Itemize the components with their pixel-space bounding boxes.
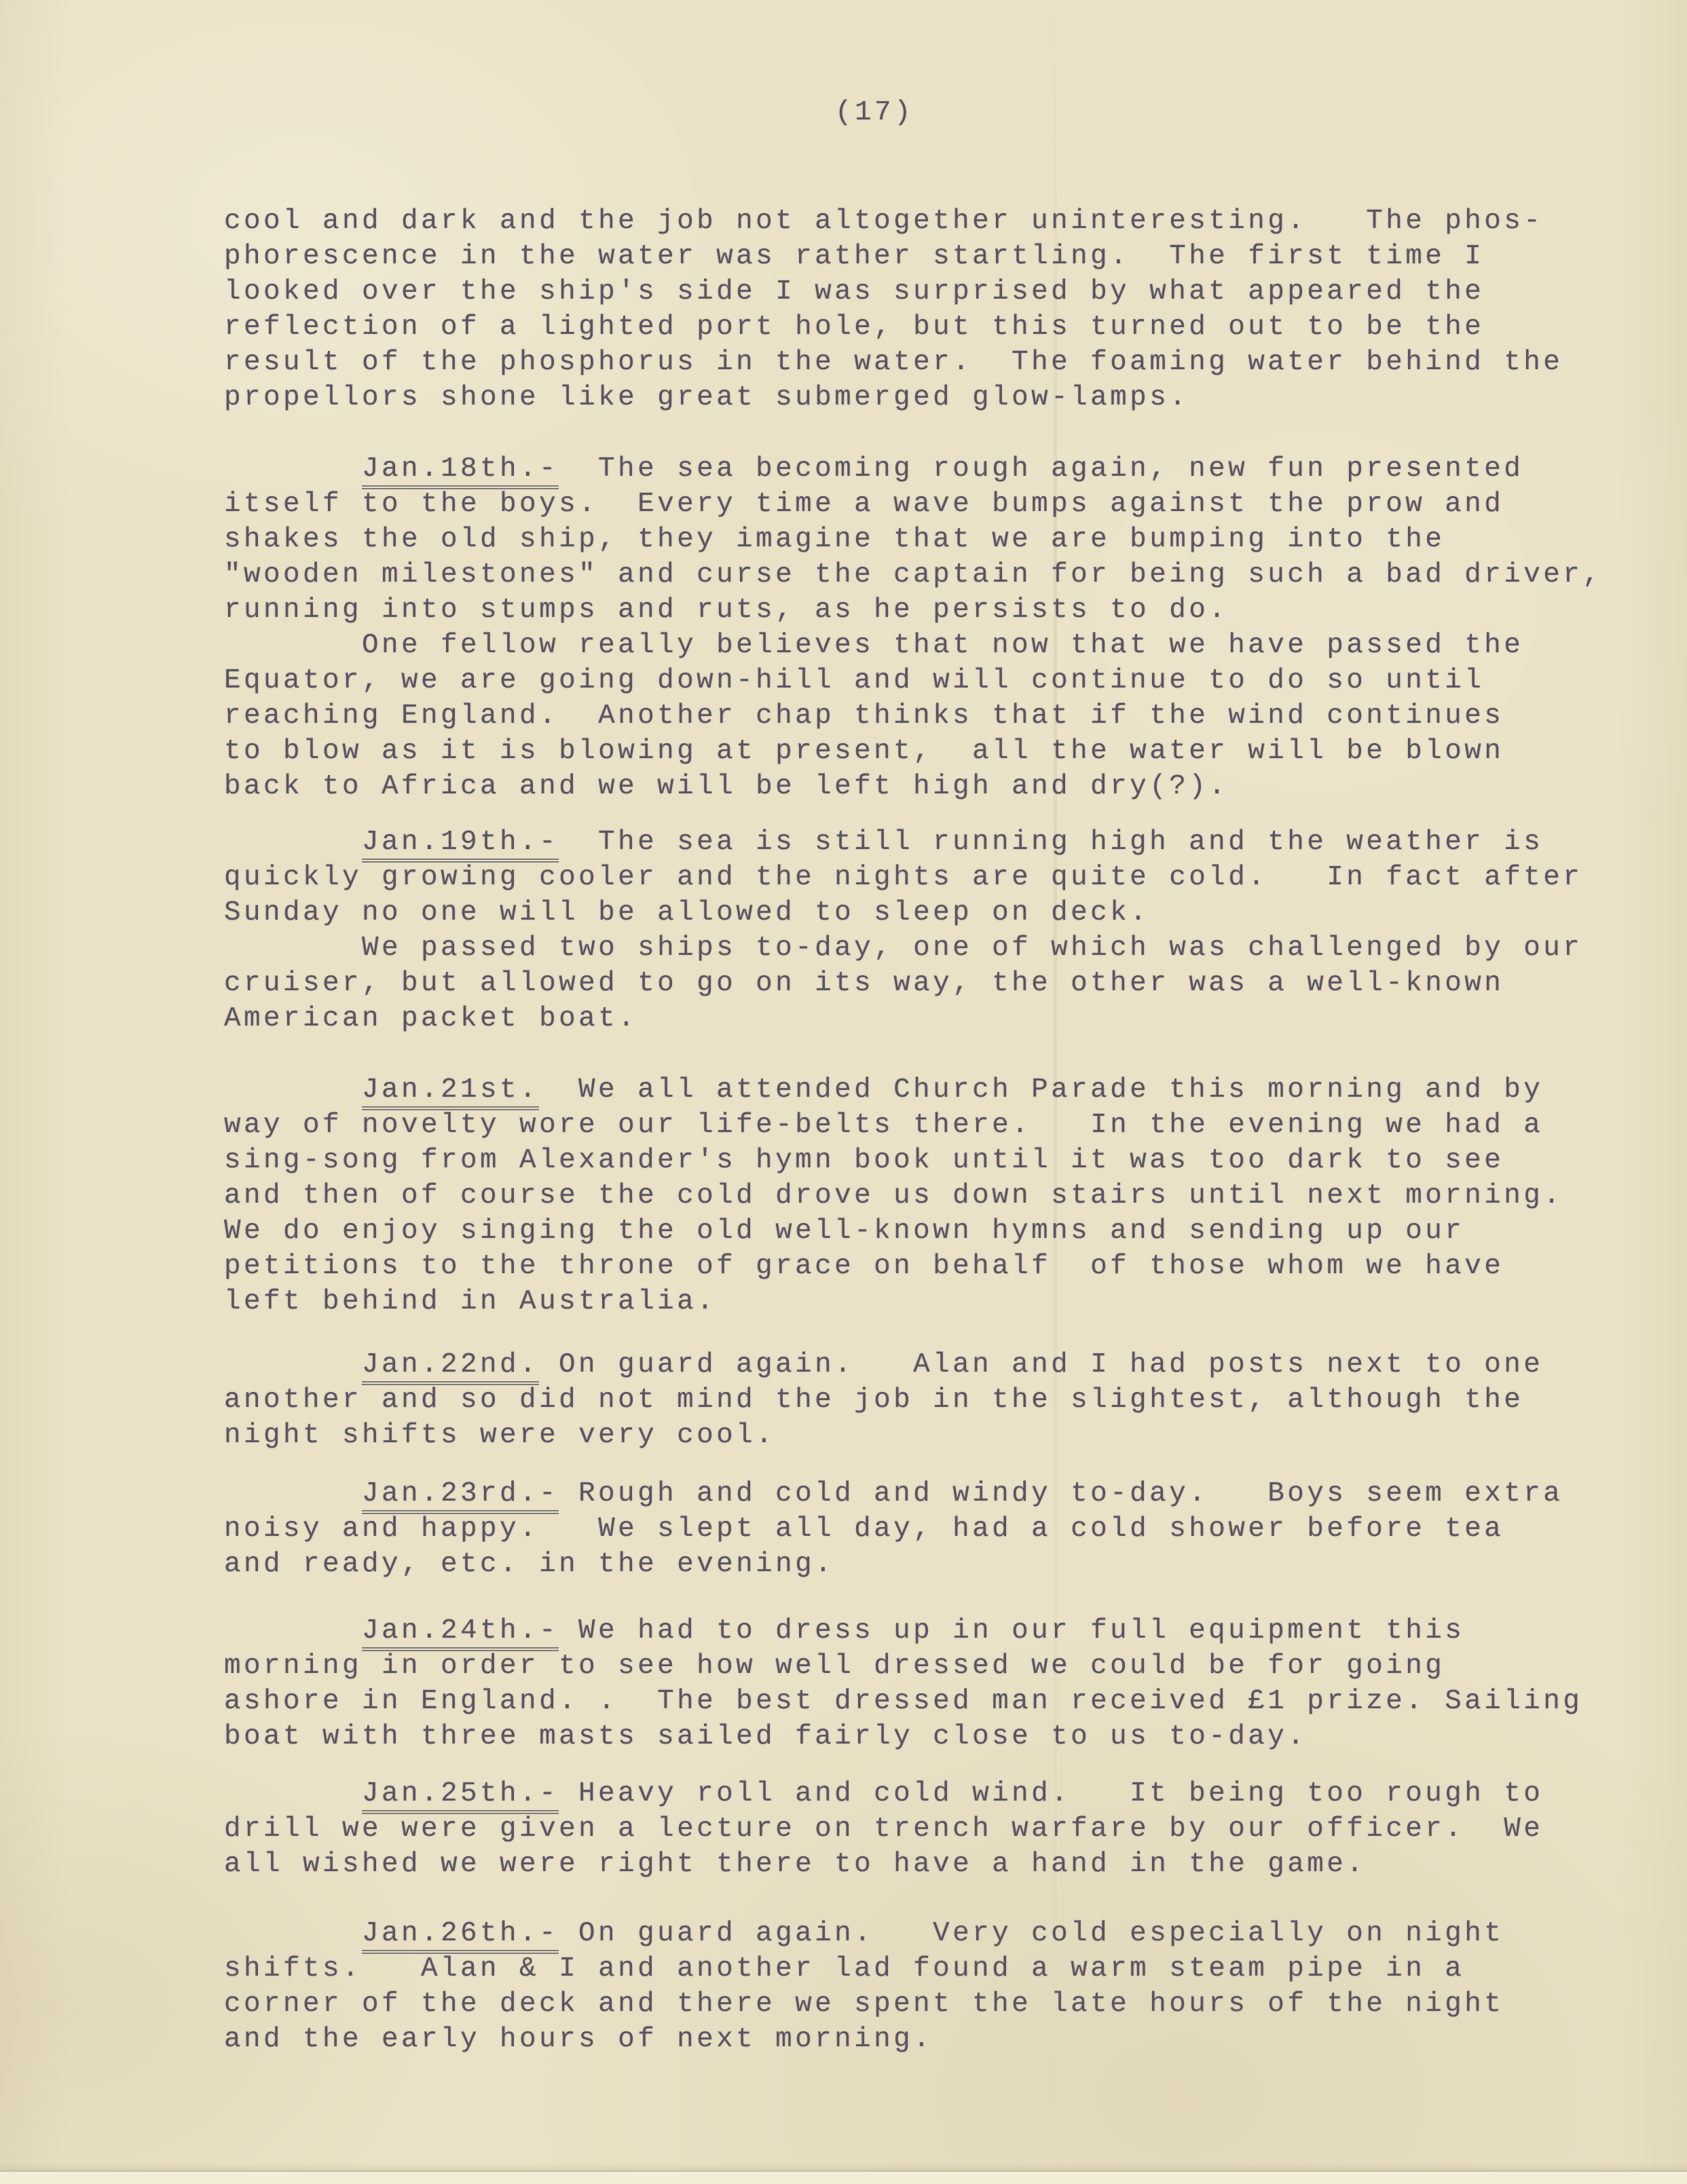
diary-entry-jan-24: Jan.24th.- We had to dress up in our ful… — [224, 1613, 1592, 1754]
entry-date: Jan.25th.- — [362, 1778, 559, 1814]
heading-text: We had to dress up in our full equipment… — [559, 1615, 1464, 1646]
diary-entry-jan-25: Jan.25th.- Heavy roll and cold wind. It … — [224, 1776, 1592, 1882]
text-line: way of novelty wore our life-belts there… — [224, 1108, 1592, 1143]
text-line: propellors shone like great submerged gl… — [224, 380, 1592, 415]
diary-entry-jan-22: Jan.22nd. On guard again. Alan and I had… — [224, 1347, 1592, 1453]
text-line: and the early hours of next morning. — [224, 2022, 1592, 2057]
text-line: We do enjoy singing the old well-known h… — [224, 1213, 1592, 1249]
diary-entry-jan-26: Jan.26th.- On guard again. Very cold esp… — [224, 1916, 1592, 2057]
text-line: another and so did not mind the job in t… — [224, 1382, 1592, 1418]
paragraph-continuation: cool and dark and the job not altogether… — [224, 204, 1592, 415]
text-line: noisy and happy. We slept all day, had a… — [224, 1511, 1592, 1547]
text-line: and then of course the cold drove us dow… — [224, 1178, 1592, 1213]
heading-text: The sea becoming rough again, new fun pr… — [559, 453, 1523, 485]
text-line: to blow as it is blowing at present, all… — [224, 734, 1592, 769]
heading-text: Heavy roll and cold wind. It being too r… — [559, 1778, 1543, 1809]
text-line: phorescence in the water was rather star… — [224, 239, 1592, 274]
text-line: petitions to the throne of grace on beha… — [224, 1249, 1592, 1284]
text-line: running into stumps and ruts, as he pers… — [224, 592, 1592, 628]
diary-text: (17) cool and dark and the job not altog… — [0, 0, 1687, 2057]
entry-heading-line: Jan.18th.- The sea becoming rough again,… — [224, 451, 1592, 487]
entry-date: Jan.18th.- — [362, 453, 559, 489]
text-line: night shifts were very cool. — [224, 1418, 1592, 1453]
entry-heading-line: Jan.25th.- Heavy roll and cold wind. It … — [224, 1776, 1592, 1811]
text-line: reflection of a lighted port hole, but t… — [224, 309, 1592, 345]
entry-heading-line: Jan.23rd.- Rough and cold and windy to-d… — [224, 1476, 1592, 1511]
document-page: (17) cool and dark and the job not altog… — [0, 0, 1687, 2184]
text-line: ashore in England. . The best dressed ma… — [224, 1684, 1592, 1719]
text-line: Equator, we are going down-hill and will… — [224, 663, 1592, 698]
text-line: looked over the ship's side I was surpri… — [224, 274, 1592, 309]
text-line: itself to the boys. Every time a wave bu… — [224, 487, 1592, 522]
text-line: all wished we were right there to have a… — [224, 1847, 1592, 1882]
text-line: shifts. Alan & I and another lad found a… — [224, 1951, 1592, 1987]
text-line: We passed two ships to-day, one of which… — [224, 930, 1592, 966]
text-line: American packet boat. — [224, 1001, 1592, 1036]
text-line: "wooden milestones" and curse the captai… — [224, 557, 1592, 592]
text-line: corner of the deck and there we spent th… — [224, 1987, 1592, 2022]
diary-entry-jan-23: Jan.23rd.- Rough and cold and windy to-d… — [224, 1476, 1592, 1582]
entry-heading-line: Jan.21st. We all attended Church Parade … — [224, 1072, 1592, 1108]
text-line: cruiser, but allowed to go on its way, t… — [224, 966, 1592, 1001]
entry-date: Jan.19th.- — [362, 827, 559, 863]
heading-text: The sea is still running high and the we… — [559, 827, 1543, 858]
entry-heading-line: Jan.26th.- On guard again. Very cold esp… — [224, 1916, 1592, 1951]
entry-date: Jan.26th.- — [362, 1918, 559, 1954]
text-line: sing-song from Alexander's hymn book unt… — [224, 1143, 1592, 1178]
text-line: reaching England. Another chap thinks th… — [224, 698, 1592, 734]
text-line: cool and dark and the job not altogether… — [224, 204, 1592, 239]
text-line: Sunday no one will be allowed to sleep o… — [224, 895, 1592, 930]
text-line: back to Africa and we will be left high … — [224, 769, 1592, 804]
entry-date: Jan.21st. — [362, 1074, 539, 1110]
text-line: One fellow really believes that now that… — [224, 628, 1592, 663]
entry-heading-line: Jan.19th.- The sea is still running high… — [224, 825, 1592, 860]
heading-text: On guard again. Very cold especially on … — [559, 1918, 1504, 1949]
text-line: drill we were given a lecture on trench … — [224, 1811, 1592, 1847]
entry-date: Jan.24th.- — [362, 1615, 559, 1651]
entry-date: Jan.22nd. — [362, 1349, 539, 1385]
diary-entry-jan-19: Jan.19th.- The sea is still running high… — [224, 825, 1592, 1036]
entry-heading-line: Jan.22nd. On guard again. Alan and I had… — [224, 1347, 1592, 1382]
heading-text: We all attended Church Parade this morni… — [539, 1074, 1543, 1106]
diary-entry-jan-21: Jan.21st. We all attended Church Parade … — [224, 1072, 1592, 1319]
diary-entry-jan-18: Jan.18th.- The sea becoming rough again,… — [224, 451, 1592, 804]
entry-heading-line: Jan.24th.- We had to dress up in our ful… — [224, 1613, 1592, 1649]
text-line: boat with three masts sailed fairly clos… — [224, 1719, 1592, 1754]
heading-text: Rough and cold and windy to-day. Boys se… — [559, 1478, 1563, 1509]
text-line: quickly growing cooler and the nights ar… — [224, 860, 1592, 895]
text-line: shakes the old ship, they imagine that w… — [224, 522, 1592, 557]
text-line: and ready, etc. in the evening. — [224, 1547, 1592, 1582]
entry-date: Jan.23rd.- — [362, 1478, 559, 1514]
page-number: (17) — [835, 95, 914, 130]
heading-text: On guard again. Alan and I had posts nex… — [539, 1349, 1543, 1380]
page-bottom-edge — [0, 2170, 1687, 2184]
text-line: result of the phosphorus in the water. T… — [224, 345, 1592, 380]
text-line: left behind in Australia. — [224, 1284, 1592, 1319]
text-line: morning in order to see how well dressed… — [224, 1649, 1592, 1684]
